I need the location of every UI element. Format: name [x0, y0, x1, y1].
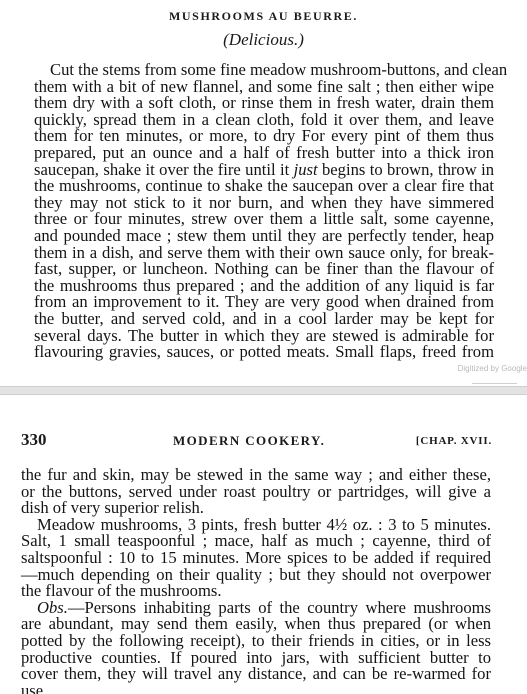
- recipe-paragraph: Cut the stems from some fine meadow mush…: [34, 62, 494, 361]
- text-line: the butter, and served cold, and in a co…: [34, 311, 494, 328]
- chapter-reference-text: [CHAP. XVII.: [416, 435, 492, 447]
- page-separator: [0, 386, 527, 395]
- obs-line: use.: [21, 683, 491, 694]
- recipe-subtitle-text: (Delicious.): [223, 30, 304, 49]
- recipe-subtitle: (Delicious.): [0, 30, 527, 50]
- top-page: MUSHROOMS AU BEURRE. (Delicious.) Cut th…: [0, 0, 527, 386]
- obs-line: cover them, they will travel any distanc…: [21, 666, 491, 683]
- watermark-underline: [472, 383, 517, 384]
- recipe-title: MUSHROOMS AU BEURRE.: [0, 9, 527, 24]
- book-title: MODERN COOKERY.: [173, 433, 325, 449]
- running-header: 330 MODERN COOKERY. [CHAP. XVII.: [21, 430, 492, 450]
- text-line: flavouring gravies, sauces, or potted me…: [34, 344, 494, 361]
- chapter-reference: [CHAP. XVII.: [416, 431, 492, 449]
- bottom-page-body: the fur and skin, may be stewed in the s…: [21, 467, 491, 694]
- digitized-watermark: Digitized by Google: [458, 364, 527, 373]
- page-number: 330: [21, 430, 47, 450]
